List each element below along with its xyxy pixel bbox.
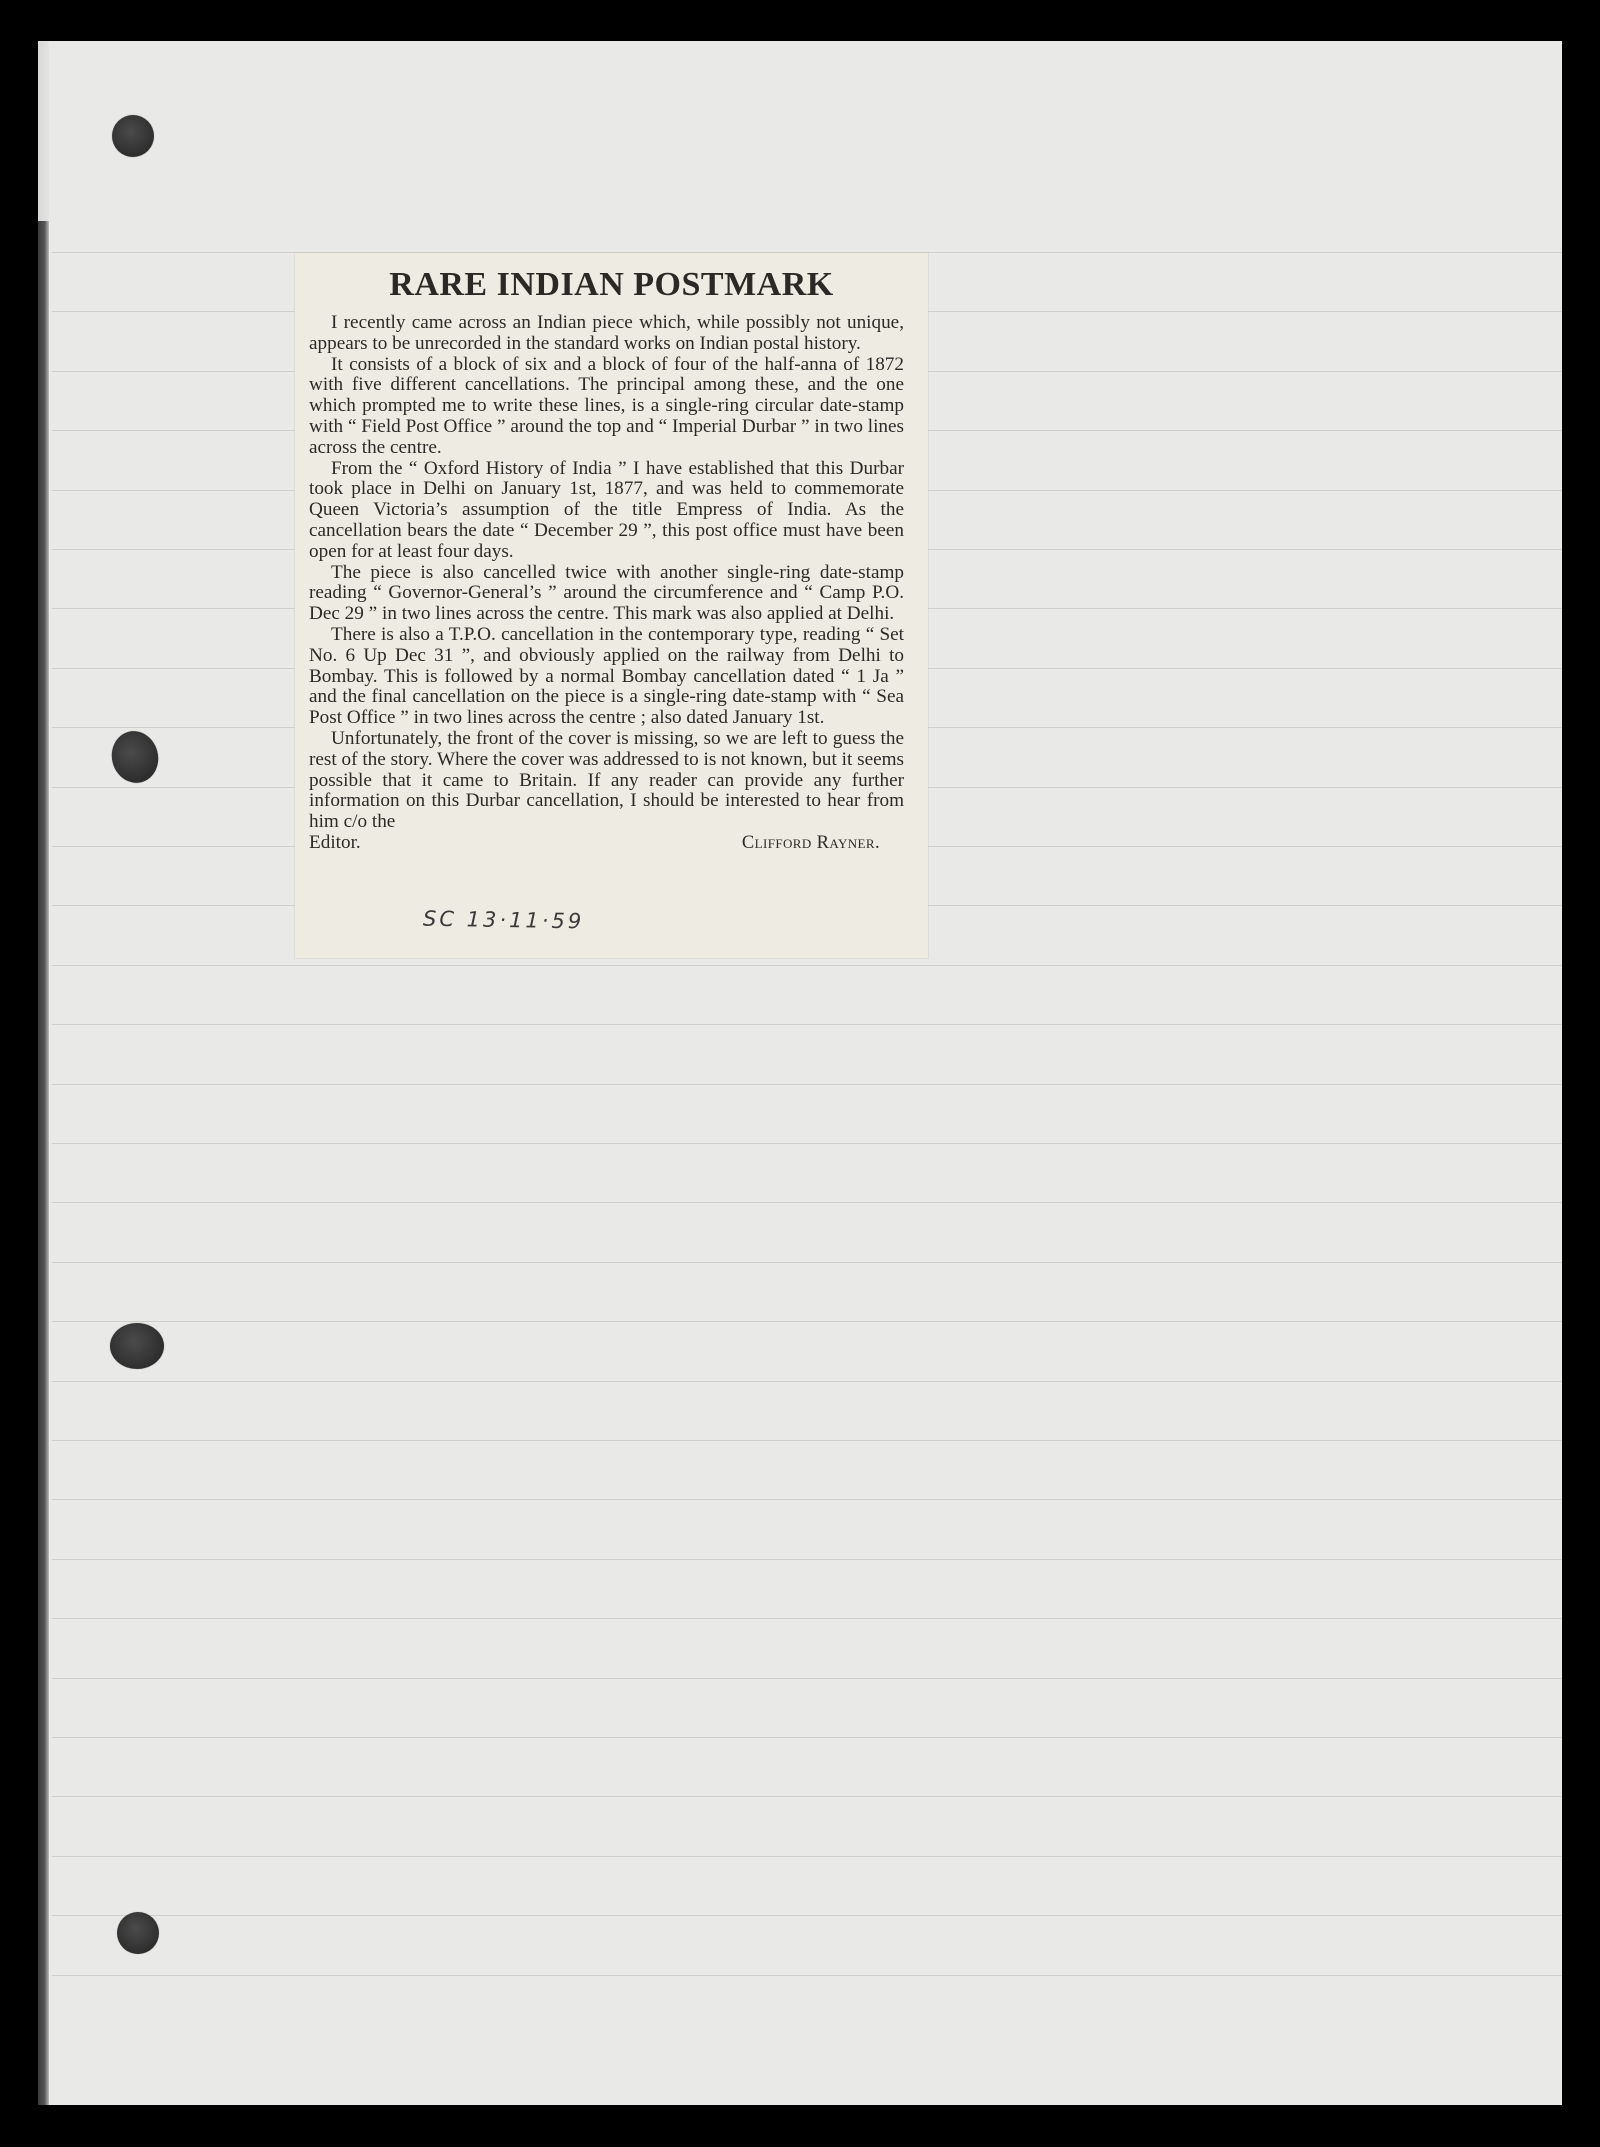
paragraph: The piece is also cancelled twice with a… [309,563,904,625]
author-signature: Clifford Rayner. [742,833,880,854]
closing-word: Editor. [309,832,361,853]
ruled-line [52,1084,1562,1085]
paragraph: Unfortunately, the front of the cover is… [309,729,904,833]
ruled-line [52,1143,1562,1144]
ruled-line [52,1796,1562,1797]
newspaper-clipping: RARE INDIAN POSTMARK I recently came acr… [295,253,928,958]
ruled-line [52,1559,1562,1560]
page-binding-edge [38,41,49,2105]
album-page: RARE INDIAN POSTMARK I recently came acr… [38,41,1562,2105]
ruled-line [52,1499,1562,1500]
clipping-body: I recently came across an Indian piece w… [309,313,904,854]
ruled-line [52,1202,1562,1203]
ruled-line [52,965,1562,966]
ruled-line [52,1024,1562,1025]
paragraph: I recently came across an Indian piece w… [309,313,904,355]
clipping-title: RARE INDIAN POSTMARK [295,266,928,304]
ruled-line [52,1262,1562,1263]
ruled-line [52,1381,1562,1382]
ruled-line [52,1856,1562,1857]
ruled-line [52,1915,1562,1916]
paragraph: It consists of a block of six and a bloc… [309,355,904,459]
paragraph: From the “ Oxford History of India ” I h… [309,459,904,563]
paragraph: There is also a T.P.O. cancellation in t… [309,625,904,729]
ruled-line [52,1737,1562,1738]
ruled-line [52,1440,1562,1441]
binder-hole-icon [106,726,164,788]
ruled-line [52,1975,1562,1976]
page-binding-edge-highlight [38,41,49,221]
binder-hole-icon [117,1912,159,1954]
closing-line: Editor. Clifford Rayner. [309,833,904,854]
binder-hole-icon [112,115,154,157]
ruled-line [52,1321,1562,1322]
binder-hole-icon [110,1323,164,1369]
ruled-line [52,1618,1562,1619]
handwritten-date-note: SC 13·11·59 [423,907,585,934]
ruled-line [52,1678,1562,1679]
